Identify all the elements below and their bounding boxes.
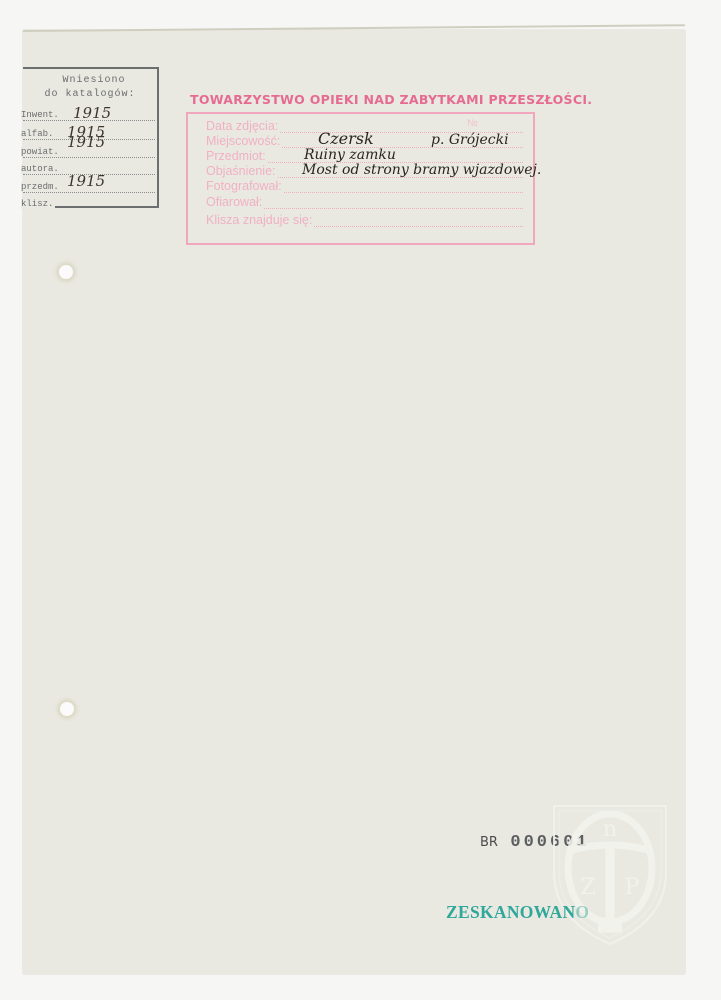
scanned-stamp: ZESKANOWANO <box>446 902 589 923</box>
svg-text:P: P <box>625 875 640 900</box>
catalog-row-label: alfab. <box>21 129 55 139</box>
stamp-row-location: Miejscowość: Czersk p. Grójecki <box>206 133 523 148</box>
catalog-row-value: 1915 <box>67 172 105 190</box>
catalog-row-inwent: Inwent. 1915 <box>23 106 155 121</box>
scanned-stamp-text: ZESKANOWAN <box>446 902 575 922</box>
stamp-row-label: Data zdjęcia: <box>206 119 280 133</box>
catalog-row-przedm: przedm. 1915 <box>23 178 155 193</box>
scanned-stamp-faded-letter: O <box>575 902 589 922</box>
svg-text:n: n <box>603 817 617 842</box>
stamp-row-label: Objaśnienie: <box>206 164 278 178</box>
stamp-row-label: Klisza znajduje się: <box>206 213 314 227</box>
catalog-row-label: Inwent. <box>21 110 61 120</box>
catalog-row-value: 1915 <box>67 133 105 151</box>
stamp-row-label: Miejscowość: <box>206 134 282 148</box>
society-stamp-title: TOWARZYSTWO OPIEKI NAD ZABYTKAMI PRZESZŁ… <box>190 92 592 107</box>
stamp-row-label: Fotografował: <box>206 179 284 193</box>
punch-hole-top <box>59 265 73 279</box>
catalog-stamp: Wniesiono do katalogów: Inwent. 1915 alf… <box>23 67 159 208</box>
catalog-row-klisz: klisz. <box>23 195 155 209</box>
stamp-row-donor: Ofiarował: <box>206 194 523 209</box>
catalog-stamp-subheader: do katalogów: <box>25 89 155 100</box>
svg-text:Z: Z <box>580 875 595 900</box>
punch-hole-bottom <box>60 702 74 716</box>
catalog-row-label: klisz. <box>21 199 55 209</box>
stamp-row-value: Czersk <box>318 129 374 148</box>
catalog-row-value: 1915 <box>73 104 111 122</box>
shield-monogram-icon: n Z P <box>550 802 670 948</box>
stamp-row-value: Ruiny zamku <box>304 147 396 163</box>
catalog-row-label: powiat. <box>21 147 61 157</box>
catalog-row-label: autora. <box>21 164 61 174</box>
catalog-stamp-header: Wniesiono <box>35 75 153 86</box>
catalog-row-label: przedm. <box>21 182 61 192</box>
stamp-row-subject: Przedmiot: Ruiny zamku <box>206 148 523 163</box>
stamp-row-photographer: Fotografował: <box>206 178 523 193</box>
catalog-row-powiat: powiat. 1915 <box>23 143 155 158</box>
stamp-row-value: Most od strony bramy wjazdowej. <box>302 162 541 178</box>
stamp-row-description: Objaśnienie: Most od strony bramy wjazdo… <box>206 163 523 178</box>
stamp-row-label: Przedmiot: <box>206 149 268 163</box>
stamp-row-label: Ofiarował: <box>206 195 264 209</box>
society-stamp: № Data zdjęcia: Miejscowość: Czersk p. G… <box>186 112 535 245</box>
stamp-row-plate-location: Klisza znajduje się: <box>206 212 523 227</box>
stamp-row-value-county: p. Grójecki <box>431 132 509 148</box>
reference-prefix: BR <box>480 835 498 850</box>
